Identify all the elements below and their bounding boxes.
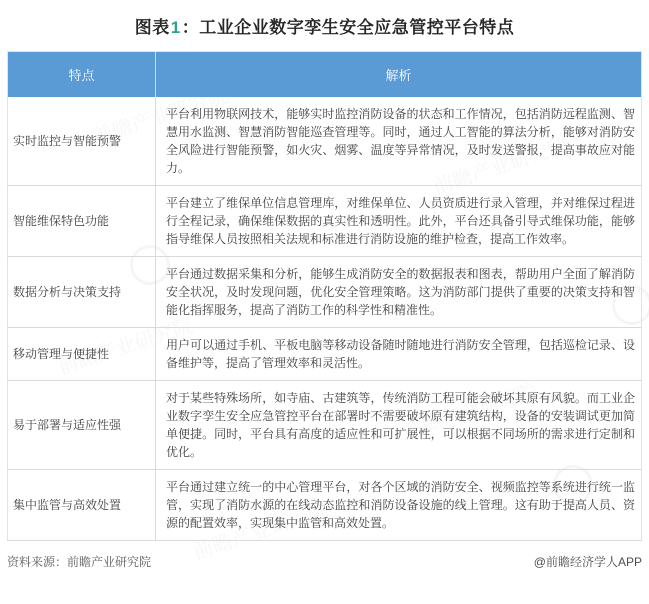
feature-cell: 移动管理与便捷性 xyxy=(8,328,156,381)
analysis-cell: 对于某些特殊场所，如寺庙、古建筑等，传统消防工程可能会破坏其原有风貌。而工业企业… xyxy=(156,381,642,470)
feature-cell: 实时监控与智能预警 xyxy=(8,97,156,186)
footer: 资料来源：前瞻产业研究院 @前瞻经济学人APP xyxy=(7,553,642,570)
title-prefix: 图表 xyxy=(135,18,170,37)
feature-cell: 智能维保特色功能 xyxy=(8,186,156,257)
table-row: 数据分析与决策支持平台通过数据采集和分析，能够生成消防安全的数据报表和图表，帮助… xyxy=(8,257,642,328)
feature-cell: 易于部署与适应性强 xyxy=(8,381,156,470)
analysis-cell: 平台建立了维保单位信息管理库，对维保单位、人员资质进行录入管理，并对维保过程进行… xyxy=(156,186,642,257)
brand-note: @前瞻经济学人APP xyxy=(534,553,642,570)
table-row: 实时监控与智能预警平台利用物联网技术，能够实时监控消防设备的状态和工作情况，包括… xyxy=(8,97,642,186)
analysis-cell: 平台通过建立统一的中心管理平台，对各个区域的消防安全、视频监控等系统进行统一监管… xyxy=(156,470,642,541)
table-body: 实时监控与智能预警平台利用物联网技术，能够实时监控消防设备的状态和工作情况，包括… xyxy=(8,97,642,541)
analysis-cell: 用户可以通过手机、平板电脑等移动设备随时随地进行消防安全管理，包括巡检记录、设备… xyxy=(156,328,642,381)
table-header-row: 特点 解析 xyxy=(8,52,642,98)
title-number: 1 xyxy=(170,18,182,37)
title-main: 工业企业数字孪生安全应急管控平台特点 xyxy=(199,18,514,37)
page-title: 图表1：工业企业数字孪生安全应急管控平台特点 xyxy=(0,13,649,38)
title-separator: ： xyxy=(182,18,200,37)
feature-cell: 数据分析与决策支持 xyxy=(8,257,156,328)
analysis-cell: 平台通过数据采集和分析，能够生成消防安全的数据报表和图表，帮助用户全面了解消防安… xyxy=(156,257,642,328)
table-row: 智能维保特色功能平台建立了维保单位信息管理库，对维保单位、人员资质进行录入管理，… xyxy=(8,186,642,257)
analysis-cell: 平台利用物联网技术，能够实时监控消防设备的状态和工作情况，包括消防远程监测、智慧… xyxy=(156,97,642,186)
table-row: 集中监管与高效处置平台通过建立统一的中心管理平台，对各个区域的消防安全、视频监控… xyxy=(8,470,642,541)
features-table: 特点 解析 实时监控与智能预警平台利用物联网技术，能够实时监控消防设备的状态和工… xyxy=(7,51,642,541)
feature-cell: 集中监管与高效处置 xyxy=(8,470,156,541)
source-note: 资料来源：前瞻产业研究院 xyxy=(7,553,151,570)
table-row: 易于部署与适应性强对于某些特殊场所，如寺庙、古建筑等，传统消防工程可能会破坏其原… xyxy=(8,381,642,470)
col-header-analysis: 解析 xyxy=(156,52,642,98)
col-header-feature: 特点 xyxy=(8,52,156,98)
table-row: 移动管理与便捷性用户可以通过手机、平板电脑等移动设备随时随地进行消防安全管理，包… xyxy=(8,328,642,381)
